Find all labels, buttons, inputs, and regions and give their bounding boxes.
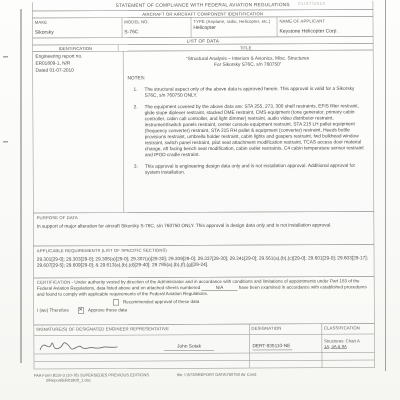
aircraft-identification-table: MAKE Sikorsky MODEL NO. S-76C TYPE (Airp… [32, 16, 373, 38]
scan-mark [3, 141, 8, 143]
type-header: TYPE (Airplane, radio, Helicopter, etc.) [193, 18, 275, 24]
classification-line-2: 1A, 4A & 9A [324, 344, 372, 349]
model-value: S-76C [124, 29, 189, 35]
applicable-requirements-heading: APPLICABLE REQUIREMENTS (LIST OF SPECIFI… [37, 246, 371, 253]
note-text: The equipment covered by the above data … [141, 103, 369, 158]
make-header: MAKE [35, 19, 120, 25]
recommend-approval-row: . Recommended approval of these data [37, 298, 371, 305]
model-header: MODEL NO. [124, 19, 189, 25]
applicant-cell: NAME OF APPLICANT Keystone Helicopter Co… [277, 17, 373, 37]
file-path-text: file: I:\5739\REPORT DATA\760750 Air Con… [177, 372, 256, 377]
designation-value: DERT-935110-NE [252, 343, 292, 350]
scanned-document-page: 01/07/2010 STATEMENT OF COMPLIANCE WITH … [0, 0, 400, 400]
identification-entry: Engineering report no. ER01809-1, N/R Da… [33, 51, 124, 212]
note-number: 3. [128, 164, 141, 176]
note-number: 1. [128, 87, 141, 99]
signature-empty-row [34, 360, 374, 369]
list-of-data-body: Engineering report no. ER01809-1, N/R Da… [32, 50, 374, 213]
data-title-line-2: For Sikorsky S76C, s/n 760750” [127, 61, 368, 68]
designation-column-header: DESIGNATION [249, 324, 322, 334]
note-item-2: 2. The equipment covered by the above da… [128, 103, 369, 158]
applicant-header: NAME OF APPLICANT [279, 18, 370, 24]
scan-mark [3, 56, 8, 58]
purpose-of-data-section: PURPOSE OF DATA In support of major alte… [33, 211, 374, 246]
type-value: Helicopter [193, 25, 275, 31]
form-title: STATEMENT OF COMPLIANCE WITH FEDERAL AVI… [116, 2, 290, 8]
note-item-3: 3. This approval is engineering design d… [128, 163, 369, 176]
file-path-text-2: 2\Report\ER01809_1.doc [46, 378, 91, 383]
applicable-requirements-section: APPLICABLE REQUIREMENTS (LIST OF SPECIFI… [33, 244, 374, 278]
approve-row: I (we) Therefore Approve these data [37, 306, 371, 313]
applicant-value: Keystone Helicopter Corp. [279, 28, 370, 34]
therefore-label: I (we) Therefore [37, 307, 69, 313]
scan-edge-artifact-right [385, 0, 386, 371]
type-cell: TYPE (Airplane, radio, Helicopter, etc.)… [191, 17, 277, 37]
scan-edge-artifact-left [21, 9, 22, 363]
empty-designation-cell [249, 360, 322, 367]
recommend-label: Recommended approval of these data [123, 299, 199, 305]
applicable-requirements-text: 29.301[29-0]; 29.303[29-0]; 29.305(a)[29… [37, 255, 371, 268]
certification-section: CERTIFICATION - Under authority vested b… [33, 276, 374, 325]
notes-label: NOTES: [127, 74, 368, 81]
model-cell: MODEL NO. S-76C [122, 18, 191, 38]
empty-classification-cell [322, 360, 375, 367]
report-line-2: ER01809-1, N/R [35, 60, 120, 66]
report-line-1: Engineering report no. [35, 53, 120, 59]
note-text: The structural aspect only of the above … [141, 86, 369, 99]
report-line-3: Dated 01-07-2010 [35, 67, 120, 73]
purpose-heading: PURPOSE OF DATA [37, 213, 371, 220]
signature-data-row: John Sotak DERT-935110-NE Structures: Ch… [34, 334, 374, 354]
note-item-1: 1. The structural aspect only of the abo… [128, 86, 369, 99]
approve-checkbox [78, 307, 84, 313]
classification-cell: Structures: Chart A 1A, 4A & 9A [321, 334, 374, 352]
certification-paragraph: CERTIFICATION - Under authority vested b… [37, 278, 371, 297]
empty-signature-cell [34, 361, 249, 369]
classification-column-header: CLASSIFICATION [321, 324, 374, 334]
title-entry: “Structural Analysis – Interiors & Avion… [123, 50, 373, 212]
signature-handwriting [36, 336, 151, 354]
purpose-text: In support of major alteration for aircr… [37, 222, 371, 229]
signature-table: SIGNATURE(S) OF DESIGNATED ENGINEER REPR… [34, 323, 375, 369]
form-footer: FAA Form 8110-3 (10-78) SUPERSEDES PREVI… [34, 372, 375, 383]
approve-label: Approve these data [88, 307, 127, 313]
faa-form-8110-3: STATEMENT OF COMPLIANCE WITH FEDERAL AVI… [32, 1, 375, 383]
recommend-checkbox [113, 299, 119, 305]
make-cell: MAKE Sikorsky [33, 18, 122, 38]
designation-cell: DERT-935110-NE [249, 334, 322, 352]
note-number: 2. [128, 104, 141, 158]
note-text: This approval is engineering design data… [141, 163, 369, 176]
signer-typed-name: John Sotak [164, 343, 214, 350]
certification-heading: CERTIFICATION [37, 280, 71, 285]
signature-cell: John Sotak [34, 335, 249, 354]
make-value: Sikorsky [35, 29, 120, 35]
